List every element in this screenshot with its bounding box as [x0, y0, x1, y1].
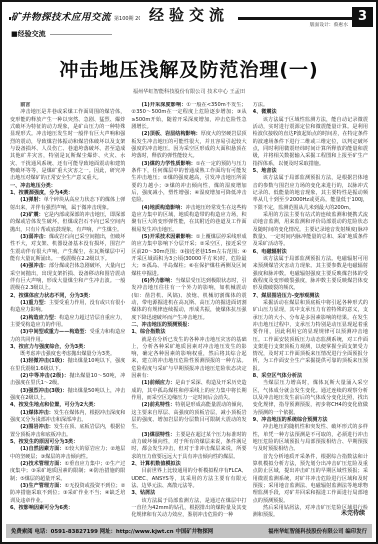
- page-number-badge: 3: [352, 7, 373, 27]
- paragraph: 采用的方法主要有站式的连续监测和便携式流动地音监测，用来监测和评价局部震动的危险…: [253, 212, 368, 249]
- newspaper-page: 矿井物探技术应用交流第100期 2019年07月 经验交流 版面设计：蔡惠水 3…: [0, 0, 378, 544]
- paragraph: (2)前兆特性：特别是形成高能量震动的倾向，这主要来自厚层、高强度的顶板岩层，减…: [131, 402, 246, 431]
- paragraph: (2)顶板、岩层结构影响：厚度大的坚硬岩层顶板发生冲击地压的可能性很大，并且容易…: [131, 131, 246, 160]
- paragraph: (2)技术管理方面：①垂直应力集中；②生产过度集中；③采矿地质因素的限制；④防治…: [10, 461, 125, 483]
- paragraph: (5)开采技术因素影响：①上覆煤层停采线形成的应力集中影响下分层开采；②采空区，…: [131, 234, 246, 278]
- paragraph: (4)地质构造影响：冲击地压经常发生在这些构造应力集中的区域，地质构造带的构造应…: [131, 205, 246, 234]
- paragraph: (1)开采深度影响：①一般在<350m不发生；②350～500m在一定程度上危险…: [131, 102, 246, 131]
- article-column-3: 方法。4、微震法该方法属于区域性监测方法，能自动记录微震活动，实时进行震源定位和…: [253, 102, 368, 521]
- column-tag-row: ■经验交流: [11, 29, 112, 39]
- section-heading: 一、冲击地压分类：: [10, 183, 125, 190]
- paragraph: (2)构造应力型：构造应力超过岩层自重应力，主要受构造应力的作用。: [10, 315, 125, 330]
- paragraph: (1)轻微冲击(1级)：抛出煤量10吨以下，强度在里氏震级1.6级以下。: [10, 358, 125, 373]
- paragraph: (1)前倾应力：是由于采深、构造及开采历史造成的，其中孤岛煤柱和停采线上的应力集…: [131, 380, 246, 402]
- masthead-title: 矿井物探技术应用交流: [11, 12, 111, 23]
- section-heading: 4、按发生地点和位置，可分为2大类：: [10, 402, 125, 409]
- article-title: 冲击地压浅解及防范治理(一): [2, 55, 376, 82]
- section-heading: 6、电磁辐射法: [253, 249, 368, 256]
- paragraph: (6)外力影响：当煤层受压达到极限状态时，引发冲击地压往往有一个外力的影响，如机…: [131, 278, 246, 322]
- paragraph: 该方法属于局部监测方法，是通过在煤层中打一直径为42mm的钻孔，根据排出的煤粉量…: [131, 498, 246, 520]
- paragraph: (4)强冲击：部分煤或岩体急剧破坏，大量向已采空间抛出，出现支架折损、设备移动和…: [10, 263, 125, 292]
- section-heading: 4、微震法: [253, 109, 368, 116]
- paragraph: 该方法属于局部监测预报方法，是根据岩体地音的参数与围岩应力场的变化来进行的，以脉…: [253, 175, 368, 212]
- column-tag-rule: [50, 34, 112, 35]
- column-tag: ■经验交流: [11, 29, 46, 39]
- paragraph: 当煤层压力增高时，煤体瓦斯大量涌入采空区，气体成分就会发生变化。通过连续的观察分…: [253, 380, 368, 417]
- paragraph: (1)弹射：单个碎块从高应力状态下的煤体上弹射出来，并伴有强烈声响，属于微冲击现…: [10, 197, 125, 212]
- paragraph: (2)围岩冲击：发生在顶、底板岩层内，根据位置分顶板冲击和底板冲击。: [10, 424, 125, 439]
- section-heading: 1、综合指数法: [131, 329, 246, 336]
- paragraph: 目前世界上比较通用的分析模拟程序有FLCA、UDEC、ANSYS等，其采用的方法…: [131, 468, 246, 490]
- footer-publisher: 福州华虹智能科技股份有限公司 编印发行: [268, 527, 367, 535]
- byline: 福州华虹智能科技股份有限公司 技术中心 王孟田: [2, 88, 376, 95]
- to-be-continued: 未完待续: [341, 508, 365, 517]
- paragraph: 冲击地压的随机性和突发性、破坏形式的多样性，单凭一种方法预测是不可取的，必须进行…: [253, 424, 368, 453]
- page-header: 矿井物探技术应用交流第100期 2019年07月 经验交流 版面设计：蔡惠水 3…: [2, 2, 376, 42]
- section-heading: 3、钻屑法: [131, 490, 246, 497]
- section-heading: 7、煤层围岩压力-变形观测法: [253, 293, 368, 300]
- article-column-1: 前言冲击地压是井巷或采煤工作面周围的煤岩体，变形能的释放产生一种以突然、急剧、猛…: [10, 102, 125, 521]
- article-column-2: (1)开采深度影响：①一般在<350m不发生；②350～500m在一定程度上危险…: [131, 102, 246, 521]
- paragraph: 该方法属于局部监测预报方法。电磁辐射可用来预测煤岩灾害动力现象。其主要参数是电磁…: [253, 256, 368, 293]
- paragraph: (1)自然因素方面：①较大的原岩应力；②地层中的坚硬层；③煤层的冲击倾向性。: [10, 446, 125, 461]
- paragraph: 冲击地压是井巷或采煤工作面周围的煤岩体，变形能的释放产生一种以突然、急剧、猛烈、…: [10, 109, 125, 182]
- paragraph: (2)矿震：它是内部或深部的冲击地压，即深部的煤或岩体发生破坏，但煤或岩石不向已…: [10, 212, 125, 234]
- paragraph: (2)中等冲击(2级)：抛出煤量10～50吨，冲击强度在里氏1～2级。: [10, 373, 125, 388]
- paragraph: 该方法属于区域性监测方法，能自动记录微震活动，实时进行震源定位和微震能量计算。是…: [253, 117, 368, 168]
- paragraph: (3)煤层特性：主要是在超过某个压力标准时的动力破坏倾向性，对于所有的煤层来说，…: [131, 432, 246, 461]
- paragraph: 就是在分析已发生的各种冲击地压灾害的基础上，分析各种采矿地质因素对冲击地压发生的…: [131, 337, 246, 381]
- paragraph: (3)生产管理方面：①无投资或投资不到位；②防冲措施采取不到位；③采矿作业不当；…: [10, 483, 125, 505]
- section-heading: 2、按煤体应力状态不同，分为3类：: [10, 293, 125, 300]
- section-title: 经验交流: [140, 4, 238, 25]
- section-heading: 6、按影响因素可分为6类：: [10, 505, 125, 512]
- paragraph: 首先分析地质开采条件，根据综合指数法和计算机模拟分析方法，预先划分出冲击矿压危险…: [253, 454, 368, 505]
- page-footer: 免费索阅 电话：0591-83827199 网址：http://www.kjwt…: [6, 524, 372, 538]
- footer-contact: 免费索阅 电话：0591-83827199 网址：http://www.kjwt…: [11, 527, 213, 535]
- paragraph: (3)煤的力学性质影响：①在一定的预防与压力条件下，任何煤层中的普通成熟工作面均…: [131, 161, 246, 205]
- paragraph: (1)煤体冲击：发生在煤体内，根据冲击深度和强度又分为浅部冲击和深部冲击。: [10, 410, 125, 425]
- design-credit: 版面设计：蔡惠水: [310, 21, 348, 28]
- paragraph: 采掘活动在煤层和顶底板中将引起各种形式的矿山压力显现，其中支承压力有着特殊的意义…: [253, 300, 368, 373]
- paragraph: (3)弱冲击：煤或岩石向已采空间抛出，但破坏性不大，对支架、机器设备基本没有损坏…: [10, 234, 125, 263]
- paragraph: (3)中间型或重力——构造型：受重力和构造应力的共同作用。: [10, 329, 125, 344]
- paragraph: (3)强烈冲击(3级)：抛出煤量50吨以上，冲击强度在2级以上。: [10, 388, 125, 403]
- paragraph: (1)重力型：主要受重力作用，没有或只有很小构造应力影响。: [10, 300, 125, 315]
- article-body: 前言冲击地压是井巷或采煤工作面周围的煤岩体，变形能的释放产生一种以突然、急剧、猛…: [2, 102, 376, 521]
